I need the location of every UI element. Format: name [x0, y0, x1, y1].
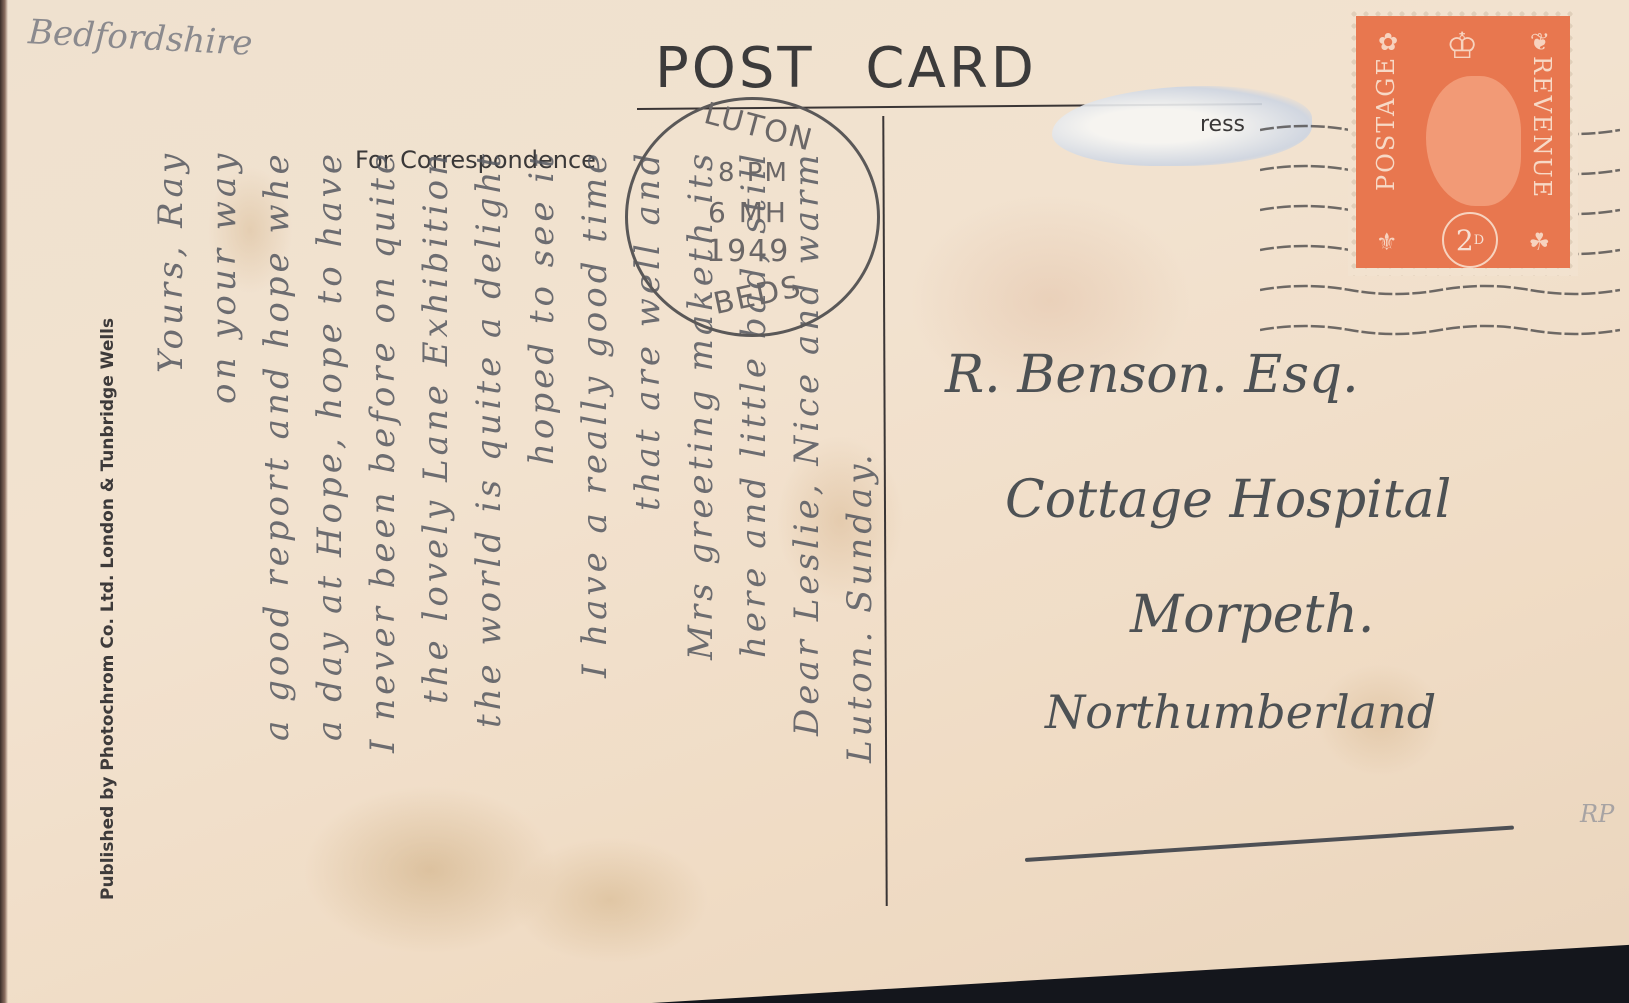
message-column: Luton. Sunday.	[840, 450, 880, 880]
card-edge-shadow	[0, 0, 8, 1003]
address-line-1: R. Benson. Esq.	[945, 345, 1359, 405]
message-column: on your way	[204, 150, 244, 930]
king-george-vi-profile-icon	[1426, 76, 1521, 206]
message-column: I never been before on quite	[363, 150, 403, 930]
thistle-icon: ❦	[1530, 28, 1550, 56]
publisher-imprint: Published by Photochrom Co. Ltd. London …	[98, 318, 118, 900]
postcard-heading: POST CARD	[655, 36, 1037, 101]
pencil-note: Bedfordshire	[27, 12, 253, 64]
message-column: I have a really good time	[575, 150, 615, 930]
stamp-postage-text: POSTAGE	[1372, 56, 1400, 191]
postage-stamp: ♔ ✿ ❦ POSTAGE REVENUE ⚜ ☘ 2D	[1348, 8, 1578, 276]
message-column: hoped to see it	[522, 150, 562, 930]
address-underline	[1025, 826, 1514, 862]
postmark-date: 6 MH	[708, 196, 788, 229]
stamp-value: 2D	[1442, 212, 1498, 268]
postmark-town: LUTON	[700, 96, 817, 159]
postmark-circle: LUTON 8 PM 6 MH 1949 BEDS	[625, 97, 880, 337]
fleur-de-lis-icon: ⚜	[1376, 228, 1398, 256]
stamp-revenue-text: REVENUE	[1528, 56, 1556, 199]
crown-icon: ♔	[1446, 26, 1478, 67]
rose-icon: ✿	[1378, 28, 1398, 56]
message-column: the lovely Lane Exhibition	[416, 150, 456, 930]
message-column: a day at Hope, hope to have	[310, 150, 350, 930]
divider-line	[882, 116, 887, 906]
postmark-year: 1949	[706, 234, 790, 269]
postcard-back: Bedfordshire POST CARD For Correspondenc…	[0, 0, 1629, 1003]
shamrock-icon: ☘	[1528, 228, 1550, 256]
postmark-county: BEDS	[710, 269, 805, 322]
address-label: ress	[1200, 112, 1245, 137]
address-line-4: Northumberland	[1045, 685, 1436, 739]
message-column: a good report and hope whe	[257, 150, 297, 930]
address-line-3: Morpeth.	[1130, 585, 1374, 645]
message-column: the world is quite a delight	[469, 150, 509, 930]
corner-pencil-mark: RP	[1580, 800, 1614, 828]
address-line-2: Cottage Hospital	[1005, 470, 1451, 530]
postmark-time: 8 PM	[718, 158, 789, 188]
message-column: Yours, Ray	[151, 150, 191, 930]
stamp-face: ♔ ✿ ❦ POSTAGE REVENUE ⚜ ☘ 2D	[1356, 16, 1570, 268]
